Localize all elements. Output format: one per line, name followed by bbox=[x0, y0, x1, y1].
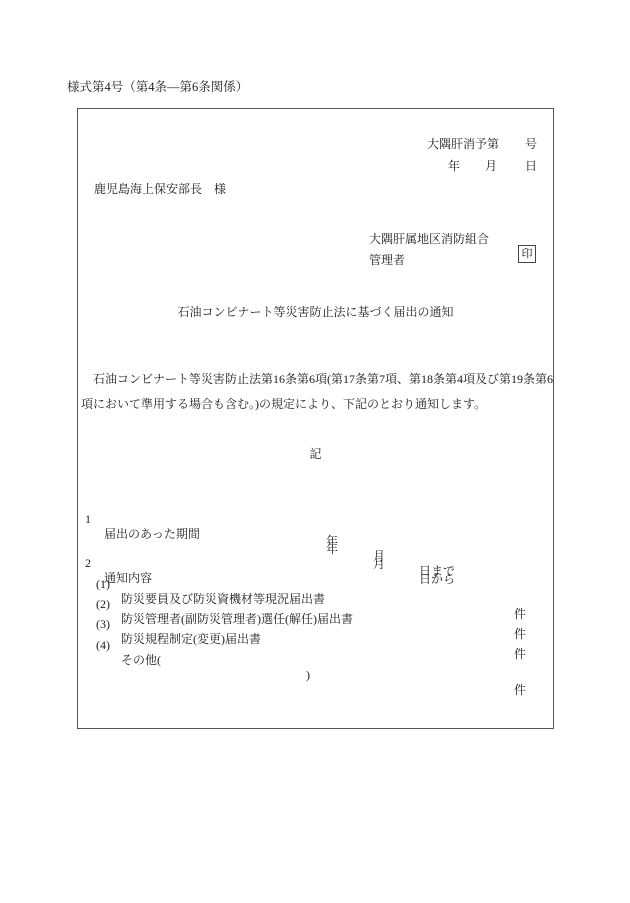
body-paragraph-line-2: 項において準用する場合も含む。)の規定により、下記のとおり通知します。 bbox=[81, 397, 486, 412]
sub-item-row-3: (3) 防災規程制定(変更)届出書 件 bbox=[78, 602, 553, 618]
sub-item-4-unit: 件 bbox=[514, 683, 526, 698]
document-title: 石油コンビナート等災害防止法に基づく届出の通知 bbox=[78, 305, 553, 320]
sub-item-row-1: (1) 防災要員及び防災資機材等現況届出書 件 bbox=[78, 562, 553, 578]
sub-item-row-2: (2) 防災管理者(副防災管理者)選任(解任)届出書 件 bbox=[78, 582, 553, 598]
date-day-label: 日 bbox=[525, 159, 537, 173]
item-period-row-to: 年 月 日まで bbox=[78, 519, 553, 535]
seal-stamp-box: 印 bbox=[518, 245, 536, 263]
item-period-row-from: 1 届出のあった期間 年 月 日から bbox=[78, 497, 553, 513]
date-year-label: 年 bbox=[448, 159, 460, 173]
sender-role: 管理者 bbox=[369, 253, 405, 268]
addressee-line: 鹿児島海上保安部長 様 bbox=[94, 182, 226, 197]
document-frame: 大隅肝消予第号 年月日 鹿児島海上保安部長 様 大隅肝属地区消防組合 管理者 印… bbox=[77, 108, 554, 729]
document-page: 様式第4号（第4条―第6条関係） 大隅肝消予第号 年月日 鹿児島海上保安部長 様… bbox=[0, 0, 630, 903]
issue-date-line: 年月日 bbox=[430, 144, 537, 189]
sender-organization: 大隅肝属地区消防組合 bbox=[369, 232, 489, 247]
sub-item-4-label: その他( bbox=[121, 653, 161, 668]
record-mark: 記 bbox=[78, 447, 553, 462]
body-paragraph-line-1: 石油コンビナート等災害防止法第16条第6項(第17条第7項、第18条第4項及び第… bbox=[81, 372, 553, 387]
form-number-label: 様式第4号（第4条―第6条関係） bbox=[67, 80, 248, 95]
sub-item-row-4: (4) その他( ) 件 bbox=[78, 623, 553, 639]
sub-item-3-unit: 件 bbox=[514, 647, 526, 662]
seal-character: 印 bbox=[522, 248, 533, 260]
date-month-label: 月 bbox=[485, 159, 497, 173]
item-content-header: 2 通知内容 bbox=[78, 541, 553, 557]
sub-item-4-number: (4) bbox=[96, 638, 110, 653]
sub-item-4-close-paren: ) bbox=[306, 668, 310, 683]
